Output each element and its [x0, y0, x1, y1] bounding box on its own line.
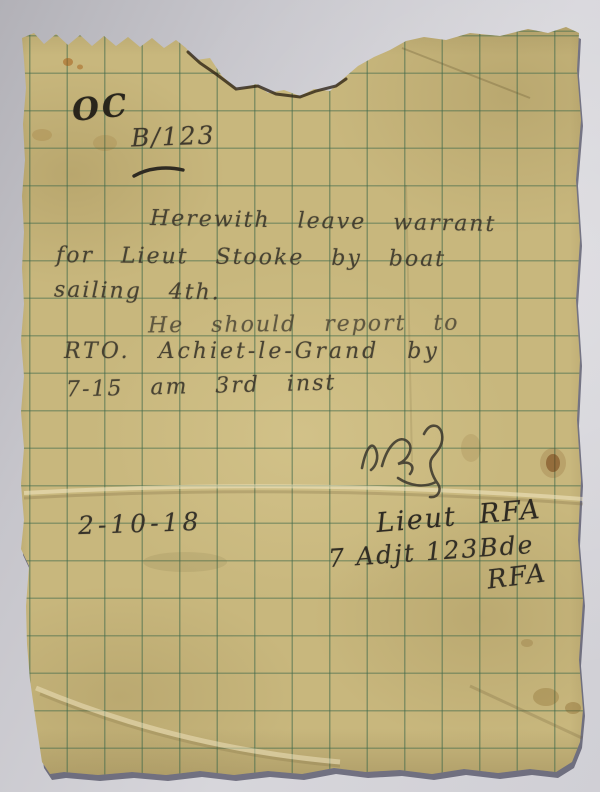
body-line: for Lieut Stooke by boat [56, 243, 446, 272]
addressee-text: OC [70, 87, 131, 129]
body-line: He should report to [148, 311, 460, 339]
photo-background: OC B/123 Herewith leave warrant for Lieu… [0, 0, 600, 792]
reference-text: B/123 [131, 121, 216, 153]
date-text: 2-10-18 [78, 507, 203, 540]
body-line: sailing 4th. [54, 278, 221, 306]
body-line: RTO. Achiet-le-Grand by [64, 339, 440, 364]
